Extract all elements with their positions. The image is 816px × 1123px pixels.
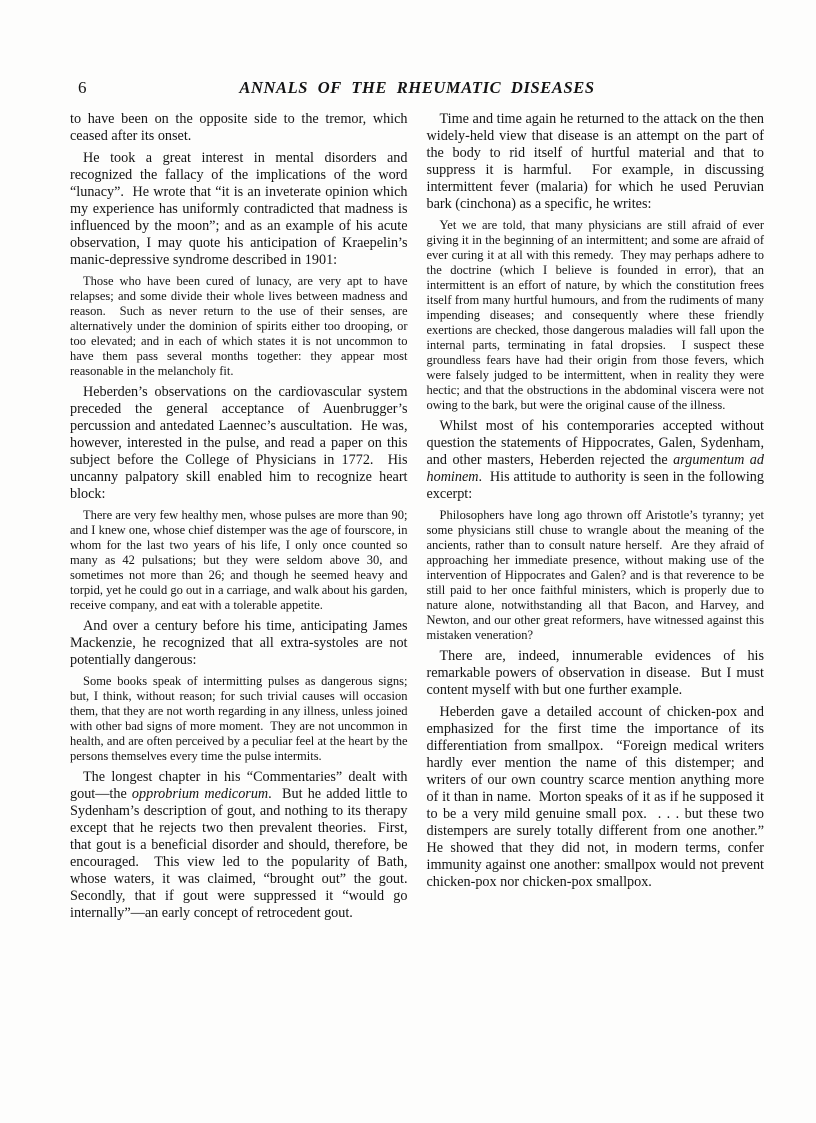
block-quote: Those who have been cured of lunacy, are… [70,274,408,379]
text-segment: to have been on the opposite side to the… [70,111,411,144]
left-column: to have been on the opposite side to the… [70,111,408,922]
italic-phrase: opprobrium medicorum [132,786,268,802]
block-quote: Philosophers have long ago thrown off Ar… [427,508,765,643]
block-quote: There are very few healthy men, whose pu… [70,508,408,613]
body-paragraph: Heberden gave a detailed account of chic… [427,704,765,891]
page-number: 6 [78,78,87,98]
journal-page: 6 ANNALS OF THE RHEUMATIC DISEASES to ha… [0,0,816,1123]
text-segment: Those who have been cured of lunacy, are… [70,274,411,378]
body-paragraph: to have been on the opposite side to the… [70,111,408,145]
text-segment: . But he added little to Sydenham’s desc… [70,786,415,921]
text-segment: There are, indeed, innumerable evidences… [427,648,768,698]
running-title: ANNALS OF THE RHEUMATIC DISEASES [70,78,764,98]
body-paragraph: He took a great interest in mental disor… [70,150,408,269]
body-paragraph: Time and time again he returned to the a… [427,111,765,213]
text-segment: Yet we are told, that many physicians ar… [427,218,768,412]
body-paragraph: Heberden’s observations on the cardiovas… [70,384,408,503]
block-quote: Some books speak of intermitting pulses … [70,674,408,764]
text-segment: . His attitude to authority is seen in t… [427,469,768,502]
body-paragraph: Whilst most of his contemporaries accept… [427,418,765,503]
right-column: Time and time again he returned to the a… [427,111,765,891]
text-segment: And over a century before his time, anti… [70,618,411,668]
text-segment: Philosophers have long ago thrown off Ar… [427,508,768,642]
text-columns: to have been on the opposite side to the… [70,111,764,922]
body-paragraph: There are, indeed, innumerable evidences… [427,648,765,699]
block-quote: Yet we are told, that many physicians ar… [427,218,765,413]
text-segment: Heberden’s observations on the cardiovas… [70,384,411,502]
text-segment: He took a great interest in mental disor… [70,150,411,268]
body-paragraph: And over a century before his time, anti… [70,618,408,669]
body-paragraph: The longest chapter in his “Commentaries… [70,769,408,922]
text-segment: Heberden gave a detailed account of chic… [427,704,772,890]
text-segment: Some books speak of intermitting pulses … [70,674,411,763]
text-segment: Time and time again he returned to the a… [427,111,768,212]
text-segment: There are very few healthy men, whose pu… [70,508,411,612]
page-header: 6 ANNALS OF THE RHEUMATIC DISEASES [70,78,764,102]
